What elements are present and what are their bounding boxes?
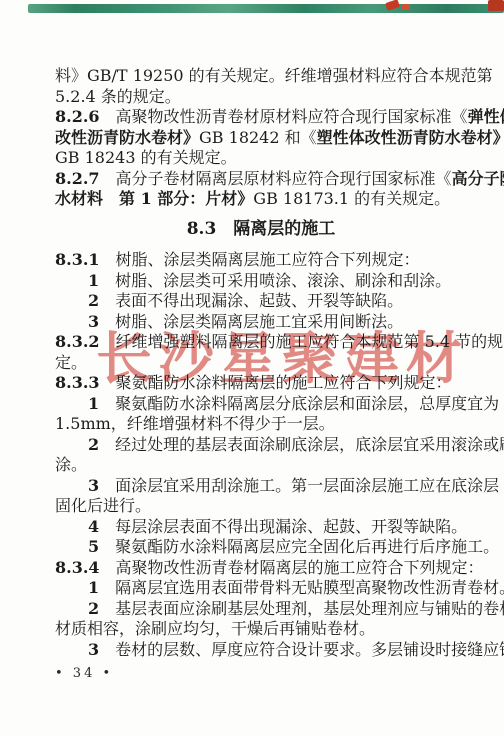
text-line: 1.5mm，纤维增强材料不得少于一层。 [55, 414, 467, 435]
text-segment: 高分子卷材隔离层原材料应符合现行国家标准《 [100, 169, 452, 188]
text-segment: GB 18243 的有关规定。 [55, 148, 237, 167]
text-segment: 1 [88, 394, 99, 413]
text-segment: GB 18242 和《 [199, 128, 317, 147]
text-segment: 树脂、涂层类隔离层施工应符合下列规定： [100, 250, 420, 269]
text-segment: 2 [88, 599, 99, 618]
text-segment: 2 [88, 291, 99, 310]
text-segment: 经过处理的基层表面涂刷底涂层，底涂层宜采用滚涂或刷 [99, 435, 504, 454]
text-segment: 隔离层宜选用表面带骨料无贴膜型高聚物改性沥青卷材。 [99, 578, 504, 597]
text-segment: 8.3.4 [55, 558, 100, 577]
text-segment: 8.3.3 [55, 373, 100, 392]
text-segment: 高聚物改性沥青卷材原材料应符合现行国家标准《 [100, 107, 468, 126]
text-segment: 聚氨酯防水涂料隔离层分底涂层和面涂层，总厚度宜为 [99, 394, 499, 413]
text-line: 定。 [55, 353, 467, 374]
scan-artifact-band [28, 4, 504, 13]
page-number: • 34 • [55, 664, 467, 685]
scan-artifact-red-mark [402, 4, 410, 10]
text-segment: 8.2.6 [55, 107, 100, 126]
text-line: 5 聚氨酯防水涂料隔离层应完全固化后再进行后序施工。 [55, 537, 467, 558]
text-segment: 定。 [55, 353, 87, 372]
text-segment: 纤维增强塑料隔离层的施工应符合本规范第 5.4 节的规 [100, 332, 504, 351]
text-segment: 高分子防 [452, 169, 504, 188]
text-line: 4 每层涂层表面不得出现漏涂、起鼓、开裂等缺陷。 [55, 517, 467, 538]
text-segment: 1 [88, 271, 99, 290]
text-segment: 1 [88, 578, 99, 597]
text-segment: 8.3.1 [55, 250, 100, 269]
text-segment: 树脂、涂层类隔离层施工宜采用间断法。 [99, 312, 403, 331]
text-segment: 聚氨酯防水涂料隔离层应完全固化后再进行后序施工。 [99, 537, 499, 556]
text-line: 改性沥青防水卷材》GB 18242 和《塑性体改性沥青防水卷材》 [55, 128, 467, 149]
text-segment: 基层表面应涂刷基层处理剂，基层处理剂应与铺贴的卷材 [99, 599, 504, 618]
text-segment: 料》GB/T 19250 的有关规定。纤维增强材料应符合本规范第 [55, 66, 493, 85]
text-line: 8.3.2 纤维增强塑料隔离层的施工应符合本规范第 5.4 节的规 [55, 332, 467, 353]
text-segment: 8.2.7 [55, 169, 100, 188]
text-segment: 涂。 [55, 455, 87, 474]
text-line: 材质相容，涂刷应均匀，干燥后再铺贴卷材。 [55, 619, 467, 640]
text-line: 水材料 第 1 部分：片材》GB 18173.1 的有关规定。 [55, 189, 467, 210]
text-segment: 弹性体 [468, 107, 504, 126]
text-line: 3 树脂、涂层类隔离层施工宜采用间断法。 [55, 312, 467, 333]
text-segment: 2 [88, 435, 99, 454]
text-line: 2 经过处理的基层表面涂刷底涂层，底涂层宜采用滚涂或刷 [55, 435, 467, 456]
text-column: 料》GB/T 19250 的有关规定。纤维增强材料应符合本规范第5.2.4 条的… [55, 66, 467, 685]
text-segment: 材质相容，涂刷应均匀，干燥后再铺贴卷材。 [55, 619, 375, 638]
text-segment: 3 [88, 640, 99, 659]
text-segment: GB 18173.1 的有关规定。 [253, 189, 450, 208]
text-segment: 3 [88, 312, 99, 331]
text-segment: 表面不得出现漏涂、起鼓、开裂等缺陷。 [99, 291, 403, 310]
text-line: 涂。 [55, 455, 467, 476]
text-segment: 高聚物改性沥青卷材隔离层的施工应符合下列规定： [100, 558, 484, 577]
scan-artifact-red-mark [488, 0, 504, 11]
text-line: 料》GB/T 19250 的有关规定。纤维增强材料应符合本规范第 [55, 66, 467, 87]
text-segment: 8.3.2 [55, 332, 100, 351]
text-line: 8.3.4 高聚物改性沥青卷材隔离层的施工应符合下列规定： [55, 558, 467, 579]
text-segment: 面涂层宜采用刮涂施工。第一层面涂层施工应在底涂层 [99, 476, 499, 495]
text-segment: 卷材的层数、厚度应符合设计要求。多层铺设时接缝应错 [99, 640, 504, 659]
text-segment: 8.3 隔离层的施工 [187, 219, 336, 239]
text-line: 5.2.4 条的规定。 [55, 87, 467, 108]
text-line: 8.3.1 树脂、涂层类隔离层施工应符合下列规定： [55, 250, 467, 271]
scanned-document-page: 长沙星聚建材 料》GB/T 19250 的有关规定。纤维增强材料应符合本规范第5… [0, 0, 504, 736]
text-segment: • 34 • [55, 666, 113, 681]
text-segment: 5 [88, 537, 99, 556]
text-segment: 5.2.4 条的规定。 [55, 87, 181, 106]
text-segment: 水材料 第 1 部分：片材》 [55, 189, 253, 208]
text-segment: 3 [88, 476, 99, 495]
text-line: 2 表面不得出现漏涂、起鼓、开裂等缺陷。 [55, 291, 467, 312]
text-line: GB 18243 的有关规定。 [55, 148, 467, 169]
text-line: 8.2.6 高聚物改性沥青卷材原材料应符合现行国家标准《弹性体 [55, 107, 467, 128]
text-line: 8.3.3 聚氨酯防水涂料隔离层的施工应符合下列规定： [55, 373, 467, 394]
text-line: 1 树脂、涂层类可采用喷涂、滚涂、刷涂和刮涂。 [55, 271, 467, 292]
text-segment: 塑性体改性沥青防水卷材》 [317, 128, 504, 147]
section-heading: 8.3 隔离层的施工 [55, 219, 467, 240]
text-segment: 固化后进行。 [55, 496, 151, 515]
text-segment: 树脂、涂层类可采用喷涂、滚涂、刷涂和刮涂。 [99, 271, 451, 290]
text-line: 2 基层表面应涂刷基层处理剂，基层处理剂应与铺贴的卷材 [55, 599, 467, 620]
text-line: 固化后进行。 [55, 496, 467, 517]
text-line: 3 面涂层宜采用刮涂施工。第一层面涂层施工应在底涂层 [55, 476, 467, 497]
text-segment: 聚氨酯防水涂料隔离层的施工应符合下列规定： [100, 373, 452, 392]
text-segment: 每层涂层表面不得出现漏涂、起鼓、开裂等缺陷。 [99, 517, 467, 536]
text-line: 1 聚氨酯防水涂料隔离层分底涂层和面涂层，总厚度宜为 [55, 394, 467, 415]
text-segment: 改性沥青防水卷材》 [55, 128, 199, 147]
text-segment: 1.5mm，纤维增强材料不得少于一层。 [55, 414, 335, 433]
text-line: 3 卷材的层数、厚度应符合设计要求。多层铺设时接缝应错 [55, 640, 467, 661]
text-line: 1 隔离层宜选用表面带骨料无贴膜型高聚物改性沥青卷材。 [55, 578, 467, 599]
text-segment: 4 [88, 517, 99, 536]
text-line: 8.2.7 高分子卷材隔离层原材料应符合现行国家标准《高分子防 [55, 169, 467, 190]
